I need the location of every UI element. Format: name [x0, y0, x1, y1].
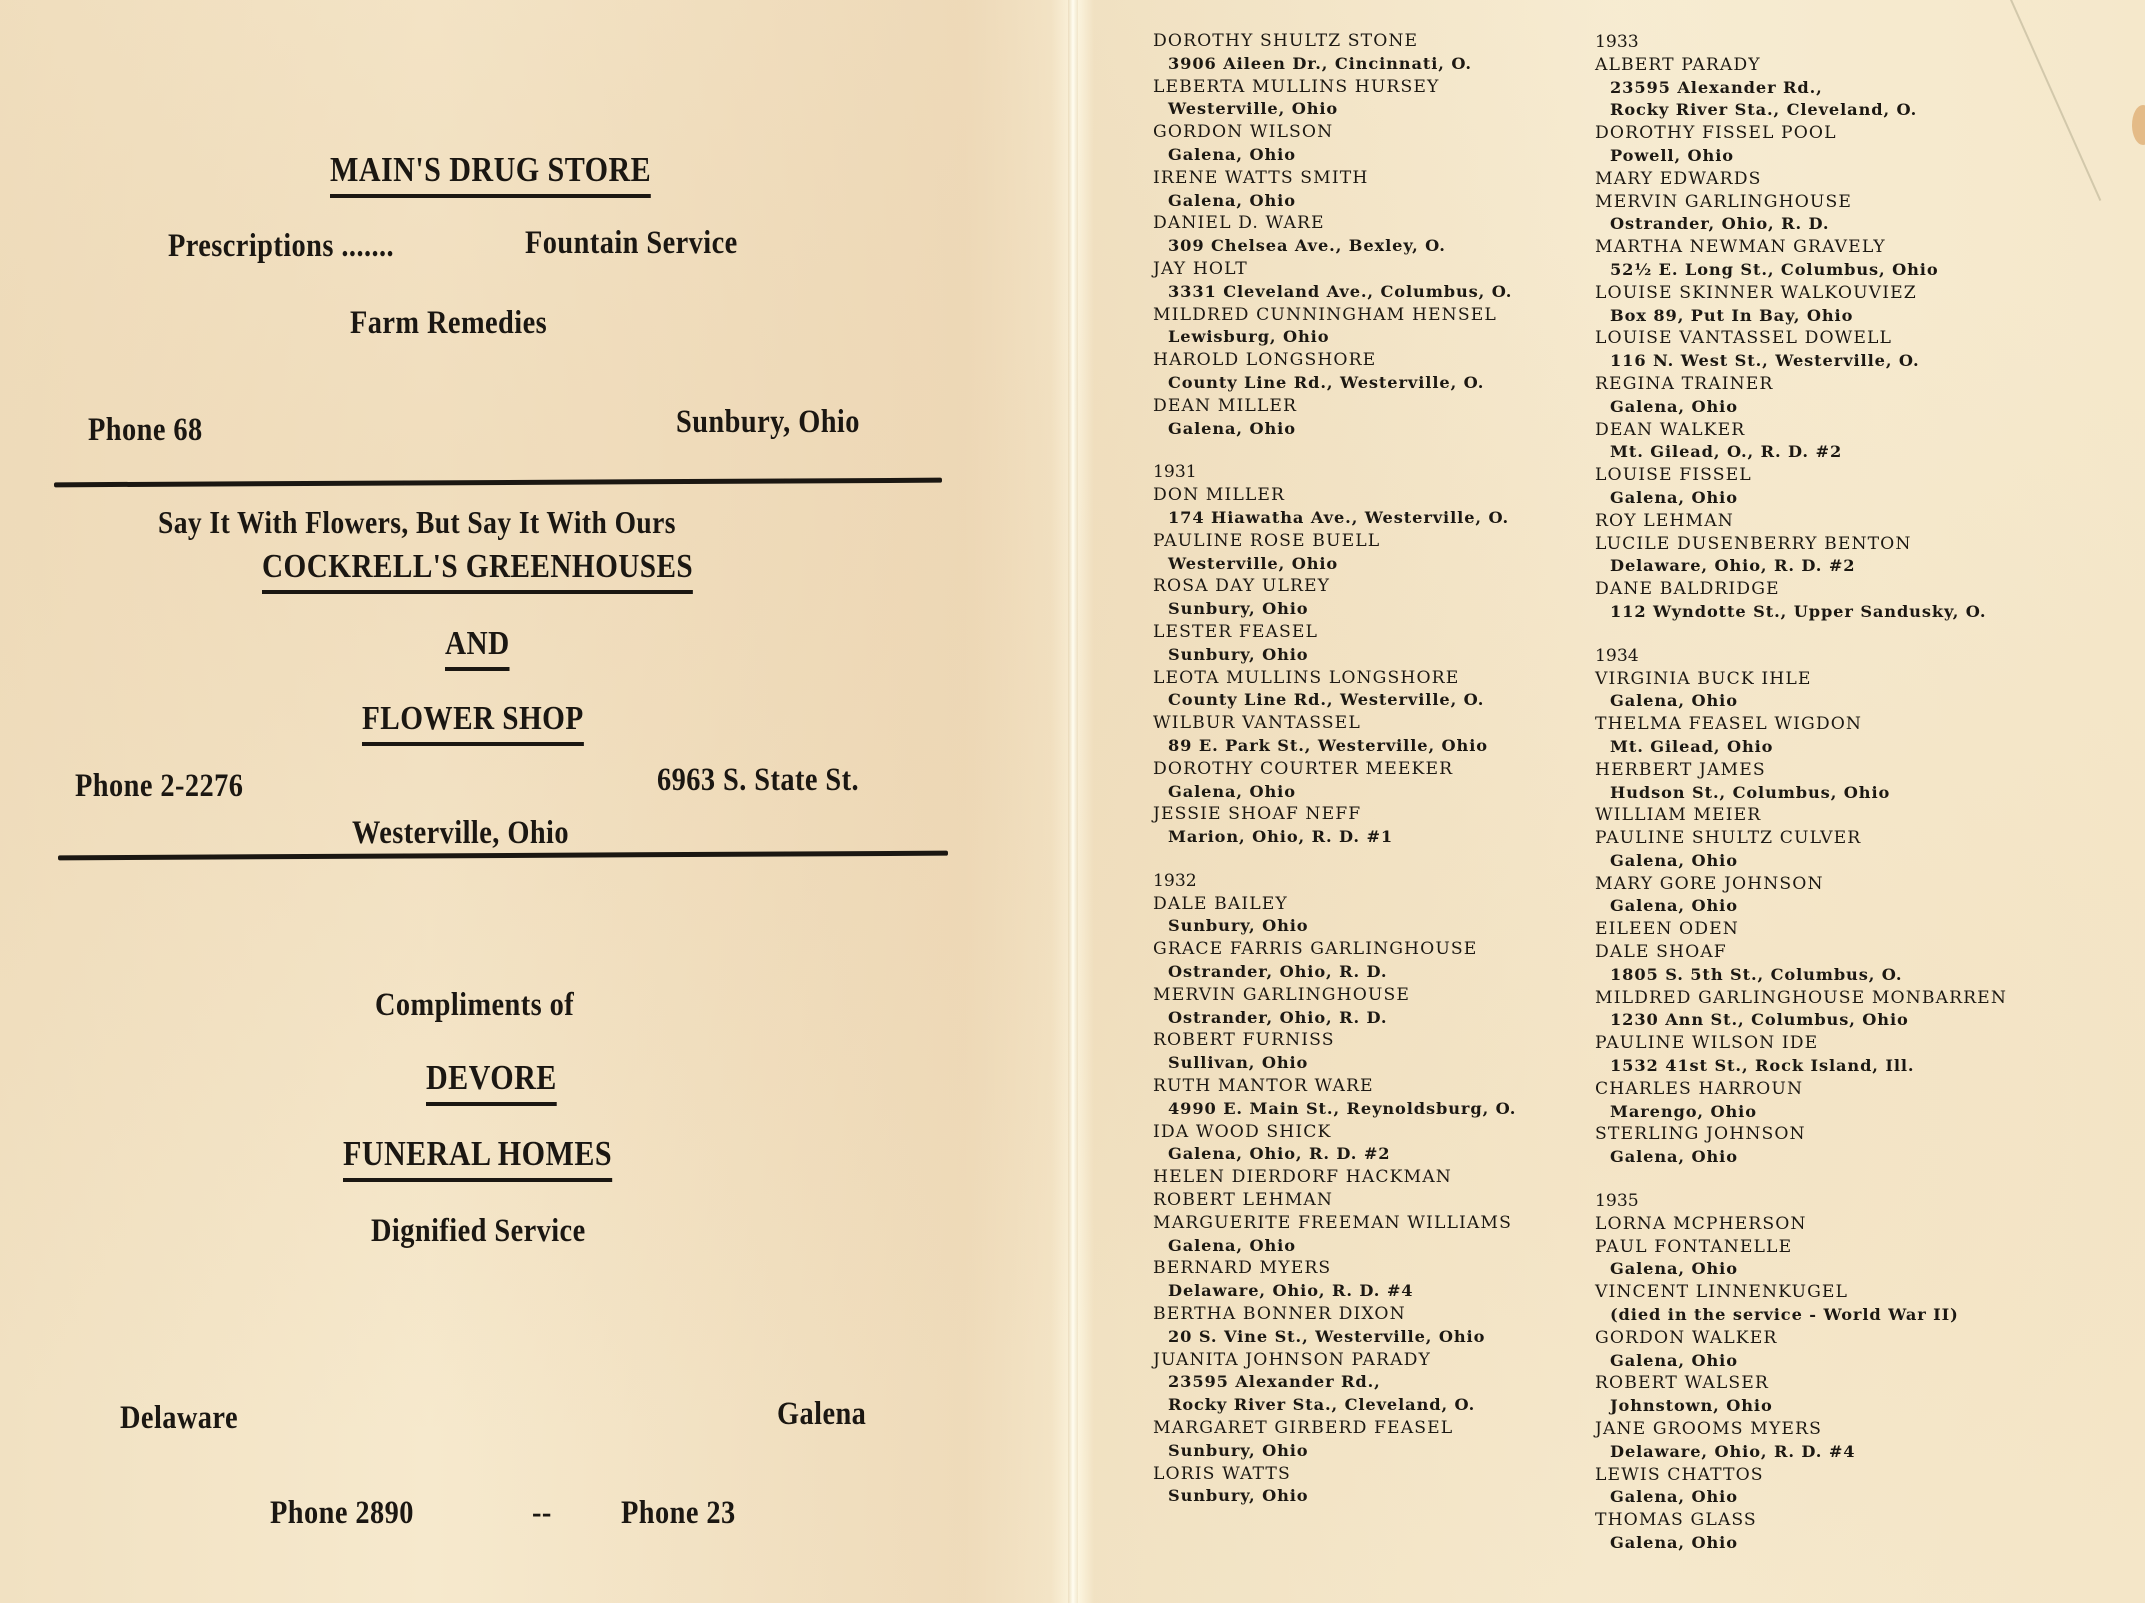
alumni-name: PAULINE WILSON IDE: [1595, 1032, 2007, 1055]
alumni-name: THOMAS GLASS: [1595, 1509, 2007, 1532]
alumni-address: Sunbury, Ohio: [1153, 644, 1516, 667]
alumni-name: STERLING JOHNSON: [1595, 1123, 2007, 1146]
alumni-address: Ostrander, Ohio, R. D.: [1595, 213, 2007, 236]
alumni-address: Galena, Ohio: [1595, 1532, 2007, 1555]
alumni-address: 112 Wyndotte St., Upper Sandusky, O.: [1595, 601, 2007, 624]
alumni-address: Ostrander, Ohio, R. D.: [1153, 1007, 1516, 1030]
alumni-name: ALBERT PARADY: [1595, 54, 2007, 77]
greenhouse-city: Westerville, Ohio: [352, 815, 569, 852]
alumni-address: Galena, Ohio: [1595, 1258, 2007, 1281]
drug-store-farm-remedies: Farm Remedies: [350, 305, 547, 342]
flower-shop-name: FLOWER SHOP: [362, 700, 584, 746]
alumni-address: Marengo, Ohio: [1595, 1101, 2007, 1124]
alumni-address: Galena, Ohio: [1153, 418, 1516, 441]
alumni-name: EILEEN ODEN: [1595, 918, 2007, 941]
funeral-location-galena: Galena: [777, 1396, 866, 1433]
alumni-address: Galena, Ohio: [1595, 1486, 2007, 1509]
directory-column-right: 1933ALBERT PARADY23595 Alexander Rd.,Roc…: [1595, 31, 2007, 1555]
greenhouse-slogan: Say It With Flowers, But Say It With Our…: [158, 504, 676, 541]
alumni-name: DALE SHOAF: [1595, 941, 2007, 964]
alumni-address: Marion, Ohio, R. D. #1: [1153, 826, 1516, 849]
booklet-spread: MAIN'S DRUG STORE Prescriptions ....... …: [0, 0, 2145, 1603]
alumni-address: 52½ E. Long St., Columbus, Ohio: [1595, 259, 2007, 282]
alumni-address: Sunbury, Ohio: [1153, 598, 1516, 621]
class-year-heading: 1934: [1595, 645, 2007, 668]
alumni-name: JUANITA JOHNSON PARADY: [1153, 1349, 1516, 1372]
alumni-address: Sunbury, Ohio: [1153, 915, 1516, 938]
alumni-name: LESTER FEASEL: [1153, 621, 1516, 644]
alumni-address: 1532 41st St., Rock Island, Ill.: [1595, 1055, 2007, 1078]
alumni-name: DALE BAILEY: [1153, 893, 1516, 916]
alumni-address: Ostrander, Ohio, R. D.: [1153, 961, 1516, 984]
alumni-address: 3331 Cleveland Ave., Columbus, O.: [1153, 281, 1516, 304]
drug-store-services-left: Prescriptions .......: [168, 228, 394, 265]
alumni-address: Rocky River Sta., Cleveland, O.: [1595, 99, 2007, 122]
alumni-name: DOROTHY COURTER MEEKER: [1153, 758, 1516, 781]
alumni-name: LEBERTA MULLINS HURSEY: [1153, 76, 1516, 99]
alumni-name: ROBERT FURNISS: [1153, 1029, 1516, 1052]
alumni-address: Sullivan, Ohio: [1153, 1052, 1516, 1075]
alumni-name: LORIS WATTS: [1153, 1463, 1516, 1486]
alumni-address: Powell, Ohio: [1595, 145, 2007, 168]
alumni-name: GORDON WILSON: [1153, 121, 1516, 144]
alumni-name: PAULINE ROSE BUELL: [1153, 530, 1516, 553]
alumni-name: DANE BALDRIDGE: [1595, 578, 2007, 601]
alumni-name: VIRGINIA BUCK IHLE: [1595, 668, 2007, 691]
alumni-name: MARTHA NEWMAN GRAVELY: [1595, 236, 2007, 259]
alumni-name: HAROLD LONGSHORE: [1153, 349, 1516, 372]
alumni-address: Galena, Ohio: [1153, 781, 1516, 804]
alumni-address: 1805 S. 5th St., Columbus, O.: [1595, 964, 2007, 987]
alumni-address: Galena, Ohio: [1153, 144, 1516, 167]
class-year-heading: 1935: [1595, 1190, 2007, 1213]
alumni-name: MARY GORE JOHNSON: [1595, 873, 2007, 896]
alumni-address: Box 89, Put In Bay, Ohio: [1595, 305, 2007, 328]
alumni-name: LORNA MCPHERSON: [1595, 1213, 2007, 1236]
alumni-address: Westerville, Ohio: [1153, 553, 1516, 576]
drug-store-phone: Phone 68: [88, 412, 203, 449]
alumni-address: 116 N. West St., Westerville, O.: [1595, 350, 2007, 373]
alumni-name: WILLIAM MEIER: [1595, 804, 2007, 827]
alumni-name: MERVIN GARLINGHOUSE: [1595, 191, 2007, 214]
alumni-name: WILBUR VANTASSEL: [1153, 712, 1516, 735]
alumni-address: Mt. Gilead, O., R. D. #2: [1595, 441, 2007, 464]
alumni-address: County Line Rd., Westerville, O.: [1153, 689, 1516, 712]
alumni-name: THELMA FEASEL WIGDON: [1595, 713, 2007, 736]
alumni-name: ROBERT LEHMAN: [1153, 1189, 1516, 1212]
alumni-address: Galena, Ohio: [1595, 396, 2007, 419]
funeral-tagline: Dignified Service: [371, 1213, 586, 1250]
alumni-name: RUTH MANTOR WARE: [1153, 1075, 1516, 1098]
alumni-name: ROSA DAY ULREY: [1153, 575, 1516, 598]
alumni-address: Galena, Ohio, R. D. #2: [1153, 1143, 1516, 1166]
alumni-address: Mt. Gilead, Ohio: [1595, 736, 2007, 759]
greenhouse-phone: Phone 2-2276: [75, 768, 243, 805]
drug-store-location: Sunbury, Ohio: [676, 404, 860, 441]
alumni-address: Sunbury, Ohio: [1153, 1440, 1516, 1463]
alumni-name: ROBERT WALSER: [1595, 1372, 2007, 1395]
alumni-name: HELEN DIERDORF HACKMAN: [1153, 1166, 1516, 1189]
alumni-address: Galena, Ohio: [1595, 487, 2007, 510]
alumni-address: Galena, Ohio: [1595, 1350, 2007, 1373]
funeral-phone-galena: Phone 23: [621, 1495, 736, 1532]
alumni-address: Rocky River Sta., Cleveland, O.: [1153, 1394, 1516, 1417]
alumni-address: Delaware, Ohio, R. D. #4: [1153, 1280, 1516, 1303]
alumni-name: BERNARD MYERS: [1153, 1257, 1516, 1280]
alumni-address: Galena, Ohio: [1595, 1146, 2007, 1169]
alumni-name: LOUISE FISSEL: [1595, 464, 2007, 487]
alumni-name: IDA WOOD SHICK: [1153, 1121, 1516, 1144]
greenhouse-and: AND: [445, 625, 510, 671]
greenhouse-address: 6963 S. State St.: [657, 762, 859, 799]
alumni-address: 89 E. Park St., Westerville, Ohio: [1153, 735, 1516, 758]
alumni-address: Johnstown, Ohio: [1595, 1395, 2007, 1418]
alumni-name: HERBERT JAMES: [1595, 759, 2007, 782]
divider-rule: [54, 478, 942, 488]
alumni-name: IRENE WATTS SMITH: [1153, 167, 1516, 190]
alumni-name: JESSIE SHOAF NEFF: [1153, 803, 1516, 826]
alumni-address: County Line Rd., Westerville, O.: [1153, 372, 1516, 395]
alumni-name: MILDRED CUNNINGHAM HENSEL: [1153, 304, 1516, 327]
alumni-name: DANIEL D. WARE: [1153, 212, 1516, 235]
alumni-address: Galena, Ohio: [1153, 1235, 1516, 1258]
alumni-name: JAY HOLT: [1153, 258, 1516, 281]
alumni-address: Galena, Ohio: [1595, 850, 2007, 873]
funeral-location-delaware: Delaware: [120, 1400, 238, 1437]
alumni-name: GORDON WALKER: [1595, 1327, 2007, 1350]
alumni-name: DOROTHY FISSEL POOL: [1595, 122, 2007, 145]
alumni-address: 3906 Aileen Dr., Cincinnati, O.: [1153, 53, 1516, 76]
alumni-address: 1230 Ann St., Columbus, Ohio: [1595, 1009, 2007, 1032]
alumni-name: LUCILE DUSENBERRY BENTON: [1595, 533, 2007, 556]
alumni-name: VINCENT LINNENKUGEL: [1595, 1281, 2007, 1304]
class-year-heading: 1933: [1595, 31, 2007, 54]
alumni-name: MARY EDWARDS: [1595, 168, 2007, 191]
alumni-address: Delaware, Ohio, R. D. #4: [1595, 1441, 2007, 1464]
alumni-address: Westerville, Ohio: [1153, 98, 1516, 121]
alumni-name: DON MILLER: [1153, 484, 1516, 507]
alumni-address: Delaware, Ohio, R. D. #2: [1595, 555, 2007, 578]
alumni-name: JANE GROOMS MYERS: [1595, 1418, 2007, 1441]
alumni-address: Lewisburg, Ohio: [1153, 326, 1516, 349]
alumni-name: MERVIN GARLINGHOUSE: [1153, 984, 1516, 1007]
alumni-address: Galena, Ohio: [1595, 690, 2007, 713]
directory-column-left: DOROTHY SHULTZ STONE3906 Aileen Dr., Cin…: [1153, 30, 1516, 1508]
alumni-address: 174 Hiawatha Ave., Westerville, O.: [1153, 507, 1516, 530]
alumni-name: CHARLES HARROUN: [1595, 1078, 2007, 1101]
alumni-name: LOUISE SKINNER WALKOUVIEZ: [1595, 282, 2007, 305]
divider-rule: [58, 851, 948, 861]
alumni-address: (died in the service - World War II): [1595, 1304, 2007, 1327]
phone-separator: --: [532, 1495, 552, 1532]
alumni-name: PAUL FONTANELLE: [1595, 1236, 2007, 1259]
left-page-ads: MAIN'S DRUG STORE Prescriptions ....... …: [0, 0, 1070, 1603]
alumni-name: DEAN WALKER: [1595, 419, 2007, 442]
alumni-name: ROY LEHMAN: [1595, 510, 2007, 533]
funeral-intro: Compliments of: [375, 987, 574, 1024]
alumni-name: MARGUERITE FREEMAN WILLIAMS: [1153, 1212, 1516, 1235]
alumni-address: Galena, Ohio: [1153, 190, 1516, 213]
funeral-homes: FUNERAL HOMES: [343, 1134, 612, 1182]
drug-store-services-right: Fountain Service: [525, 225, 738, 262]
alumni-address: 309 Chelsea Ave., Bexley, O.: [1153, 235, 1516, 258]
alumni-name: PAULINE SHULTZ CULVER: [1595, 827, 2007, 850]
alumni-address: 23595 Alexander Rd.,: [1595, 77, 2007, 100]
alumni-name: DEAN MILLER: [1153, 395, 1516, 418]
alumni-name: LEOTA MULLINS LONGSHORE: [1153, 667, 1516, 690]
alumni-address: Hudson St., Columbus, Ohio: [1595, 782, 2007, 805]
alumni-name: BERTHA BONNER DIXON: [1153, 1303, 1516, 1326]
class-year-heading: 1931: [1153, 461, 1516, 484]
greenhouse-name: COCKRELL'S GREENHOUSES: [262, 548, 693, 594]
funeral-name: DEVORE: [426, 1058, 557, 1106]
alumni-address: 23595 Alexander Rd.,: [1153, 1371, 1516, 1394]
alumni-name: LOUISE VANTASSEL DOWELL: [1595, 327, 2007, 350]
class-year-heading: 1932: [1153, 870, 1516, 893]
alumni-name: MILDRED GARLINGHOUSE MONBARREN: [1595, 987, 2007, 1010]
alumni-address: 4990 E. Main St., Reynoldsburg, O.: [1153, 1098, 1516, 1121]
alumni-name: GRACE FARRIS GARLINGHOUSE: [1153, 938, 1516, 961]
alumni-name: DOROTHY SHULTZ STONE: [1153, 30, 1516, 53]
alumni-name: REGINA TRAINER: [1595, 373, 2007, 396]
alumni-name: LEWIS CHATTOS: [1595, 1464, 2007, 1487]
drug-store-name: MAIN'S DRUG STORE: [330, 150, 651, 198]
funeral-phone-delaware: Phone 2890: [270, 1495, 414, 1532]
alumni-address: 20 S. Vine St., Westerville, Ohio: [1153, 1326, 1516, 1349]
alumni-name: MARGARET GIRBERD FEASEL: [1153, 1417, 1516, 1440]
alumni-address: Galena, Ohio: [1595, 895, 2007, 918]
alumni-address: Sunbury, Ohio: [1153, 1485, 1516, 1508]
